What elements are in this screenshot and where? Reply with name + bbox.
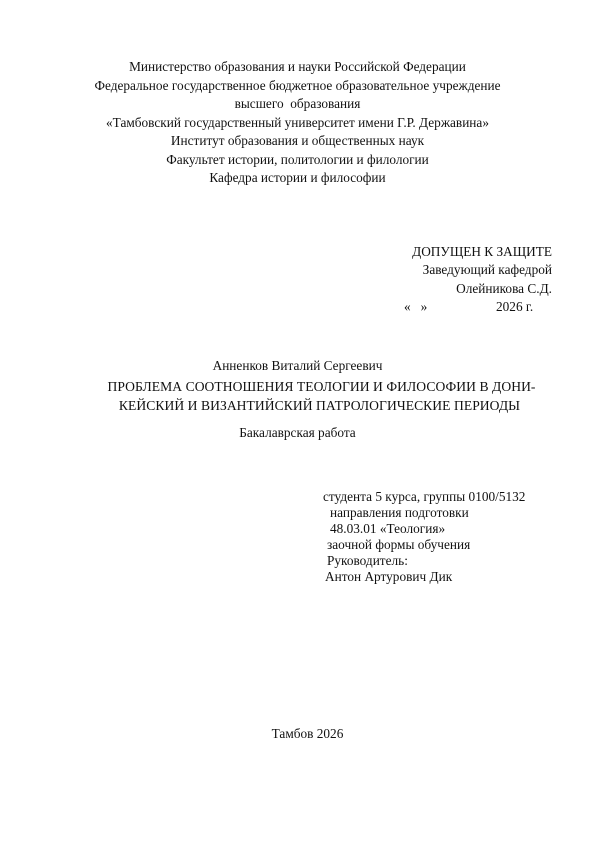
approval-position: Заведующий кафедрой [423,262,552,278]
work-type: Бакалаврская работа [0,425,595,441]
thesis-title-line-1: ПРОБЛЕМА СООТНОШЕНИЯ ТЕОЛОГИИ И ФИЛОСОФИ… [24,379,595,395]
student-study-form: заочной формы обучения [327,537,470,553]
approval-name: Олейникова С.Д. [456,281,552,297]
approval-year: 2026 г. [496,299,533,315]
faculty-line: Факультет истории, политологии и филолог… [0,152,595,168]
student-course-group: студента 5 курса, группы 0100/5132 [323,489,525,505]
approval-date-quotes: « » [404,299,427,315]
student-direction-label: направления подготовки [330,505,469,521]
approval-heading: ДОПУЩЕН К ЗАЩИТЕ [412,244,552,260]
supervisor-name: Антон Артурович Дик [325,569,452,585]
thesis-title-line-2: КЕЙСКИЙ И ВИЗАНТИЙСКИЙ ПАТРОЛОГИЧЕСКИЕ П… [22,398,595,414]
author-name: Анненков Виталий Сергеевич [0,358,595,374]
student-direction-code: 48.03.01 «Теология» [330,521,445,537]
ministry-line: Министерство образования и науки Российс… [0,59,595,75]
supervisor-label: Руководитель: [327,553,408,569]
education-level-line: высшего образования [0,96,595,112]
department-line: Кафедра истории и философии [0,170,595,186]
university-name-line: «Тамбовский государственный университет … [0,115,595,131]
city-year: Тамбов 2026 [10,726,595,742]
institution-type-line: Федеральное государственное бюджетное об… [0,78,595,94]
title-page: Министерство образования и науки Российс… [0,0,595,841]
institute-line: Институт образования и общественных наук [0,133,595,149]
